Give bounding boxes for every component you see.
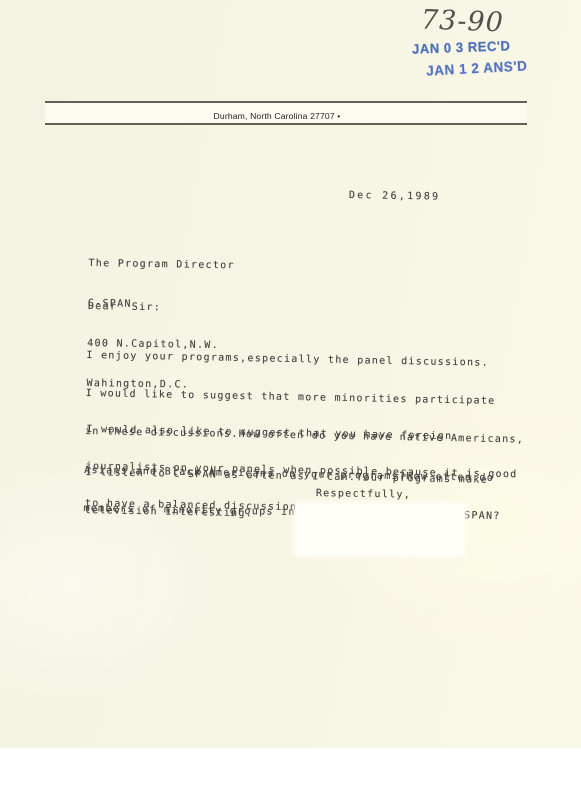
answered-date-stamp: JAN 1 2 ANS'D: [426, 57, 528, 78]
letter-date: Dec 26,1989: [349, 190, 441, 203]
closing-respectfully: Respectfully,: [316, 488, 411, 501]
letterhead-rule-top: [45, 101, 527, 103]
handwritten-case-number: 73-90: [420, 5, 504, 39]
salutation: Dear Sir:: [88, 301, 161, 313]
body-line: I enjoy your programs,especially the pan…: [86, 350, 525, 371]
letterhead-address: Durham, North Carolina 27707 •: [45, 111, 509, 121]
body-line: I would also like to suggest that you ha…: [86, 424, 518, 445]
received-date-stamp: JAN 0 3 REC'D: [412, 38, 511, 56]
body-line: I listen to C-SPAN as often as I can.You…: [85, 467, 488, 487]
recipient-line: The Program Director: [88, 257, 235, 273]
scanned-letter-page: 73-90 JAN 0 3 REC'D JAN 1 2 ANS'D Durham…: [0, 0, 581, 748]
letterhead-rule-bottom: [45, 123, 527, 125]
redacted-signature-area: [296, 504, 464, 555]
